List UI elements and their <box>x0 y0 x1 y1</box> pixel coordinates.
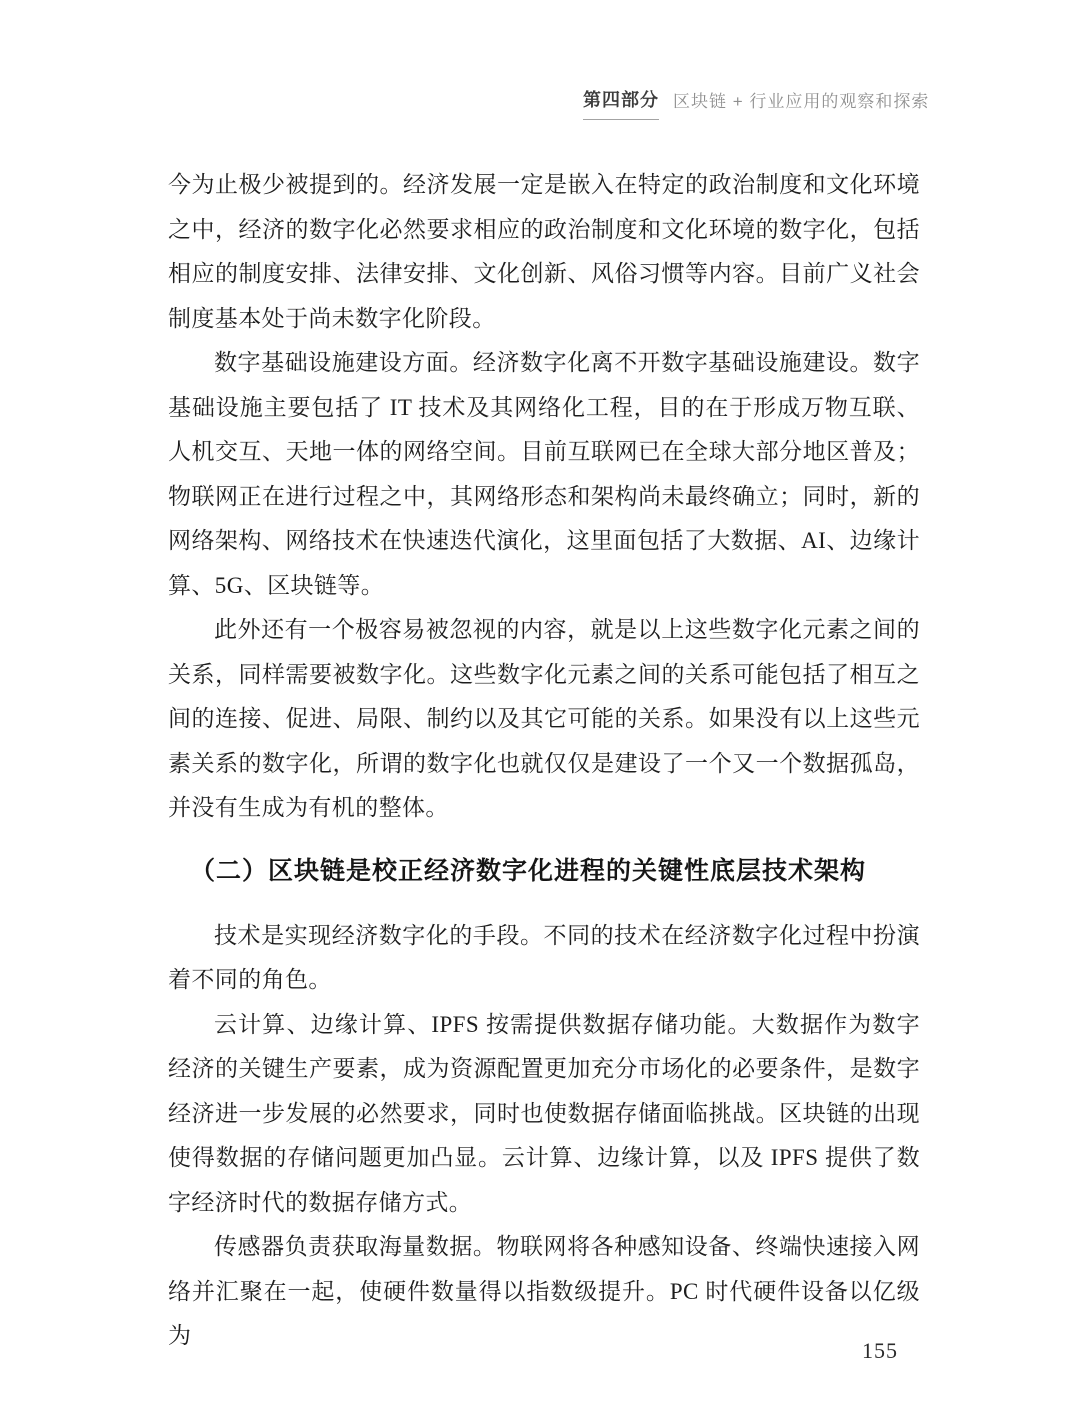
paragraph: 此外还有一个极容易被忽视的内容，就是以上这些数字化元素之间的关系，同样需要被数字… <box>168 608 920 831</box>
part-title: 区块链 + 行业应用的观察和探索 <box>673 86 929 112</box>
paragraph: 技术是实现经济数字化的手段。不同的技术在经济数字化过程中扮演着不同的角色。 <box>168 914 920 1003</box>
page-number: 155 <box>862 1338 898 1364</box>
paragraph: 云计算、边缘计算、IPFS 按需提供数据存储功能。大数据作为数字经济的关键生产要… <box>168 1003 920 1226</box>
part-number-label: 第四部分 <box>583 86 659 120</box>
paragraph: 传感器负责获取海量数据。物联网将各种感知设备、终端快速接入网络并汇聚在一起，使硬… <box>168 1225 920 1359</box>
body-text: 今为止极少被提到的。经济发展一定是嵌入在特定的政治制度和文化环境之中，经济的数字… <box>168 163 920 1359</box>
paragraph-continuation: 今为止极少被提到的。经济发展一定是嵌入在特定的政治制度和文化环境之中，经济的数字… <box>168 163 920 341</box>
section-heading: （二）区块链是校正经济数字化进程的关键性底层技术架构 <box>168 849 920 893</box>
book-page: 第四部分 区块链 + 行业应用的观察和探索 今为止极少被提到的。经济发展一定是嵌… <box>0 0 1080 1419</box>
paragraph: 数字基础设施建设方面。经济数字化离不开数字基础设施建设。数字基础设施主要包括了 … <box>168 341 920 608</box>
running-header: 第四部分 区块链 + 行业应用的观察和探索 <box>583 86 929 120</box>
